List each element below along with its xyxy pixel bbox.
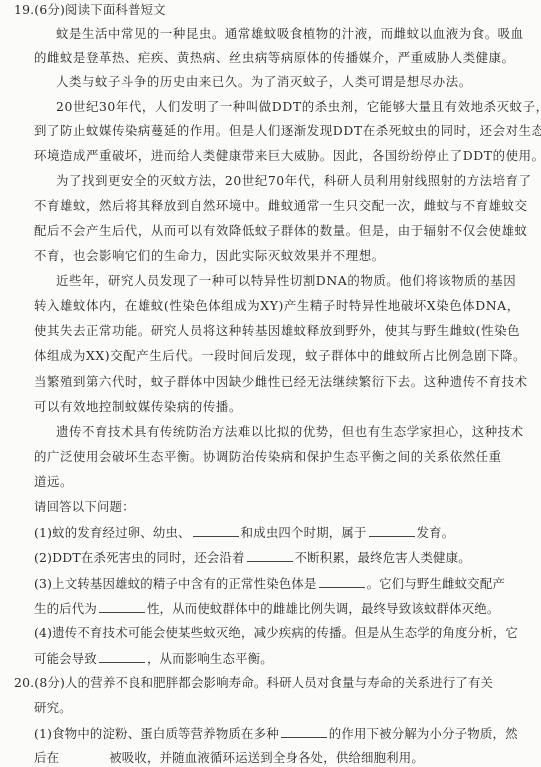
question-19-heading: 19.(6分)阅读下面科普短文 [14, 2, 166, 18]
passage-line: 近些年，研究人员发现了一种可以特异性切割DNA的物质。他们将该物质的基因 [56, 273, 516, 289]
question-20-1: (1)食物中的淀粉、蛋白质等营养物质在多种的作用下被分解为小分子物质，然 [34, 725, 518, 742]
passage-line: 蚊是生活中常见的一种昆虫。通常雄蚊吸食植物的汁液，而雌蚊以血液为食。吸血 [56, 26, 524, 42]
passage-line: 人类与蚊子斗争的历史由来已久。为了消灭蚊子，人类可谓是想尽办法。 [56, 74, 472, 90]
passage-line: 到了防止蚊媒传染病蔓延的作用。但是人们逐渐发现DDT在杀死蚊虫的同时，还会对生态 [34, 123, 541, 139]
question-19-4: (4)遗传不育技术可能会使某些蚊灭绝，减少疾病的传播。但是从生态学的角度分析，它 [34, 625, 518, 641]
answer-blank[interactable] [247, 549, 293, 562]
question-20-heading: 20.(8分)人的营养不良和肥胖都会影响寿命。科研人员对食量与寿命的关系进行了有… [14, 675, 493, 691]
question-19-2: (2)DDT在杀死害虫的同时，还会沿着不断积累，最终危害人类健康。 [34, 549, 471, 566]
passage-line: 的雌蚊是登革热、疟疾、黄热病、丝虫病等病原体的传播媒介，严重威胁人类健康。 [34, 50, 515, 66]
passage-line: 配后不会产生后代，从而可以有效降低蚊子群体的数量。但是，由于辐射不仅会使雄蚊 [34, 223, 528, 239]
passage-line: 使其失去正常功能。研究人员将这种转基因雄蚊释放到野外，使其与野生雌蚊(性染色 [34, 323, 520, 339]
passage-line: 不育，也会影响它们的生命力，因此实际灭蚊效果并不理想。 [34, 248, 385, 264]
answer-blank[interactable] [319, 575, 365, 588]
passage-line: 体组成为XX)交配产生后代。一段时间后发现，蚊子群体中的雌蚊所占比例急剧下降。 [34, 348, 526, 364]
passage-line: 不育雄蚊，然后将其释放到自然环境中。雌蚊通常一生只交配一次，雌蚊与不育雄蚊交 [34, 198, 528, 214]
passage-line: 当繁殖到第六代时，蚊子群体中因缺少雌性已经无法继续繁衍下去。这种遗传不育技术 [34, 374, 528, 390]
answer-blank[interactable] [281, 725, 327, 738]
answer-blank[interactable] [99, 650, 145, 663]
question-19-1: (1)蚊的发育经过卵、幼虫、和成虫四个时期，属于发育。 [34, 524, 454, 541]
passage-line: 道远。 [34, 474, 73, 490]
passage-line: 为了找到更安全的灭蚊方法，20世纪70年代，科研人员利用射线照射的方法培育了 [56, 173, 532, 189]
passage-line: 转入雄蚊体内，在雄蚊(性染色体组成为XY)产生精子时特异性地破坏X染色体DNA， [34, 298, 520, 314]
answer-blank[interactable] [99, 600, 145, 613]
question-20-heading-cont: 研究。 [34, 700, 72, 716]
passage-line: 环境造成严重破坏，进而给人类健康带来巨大威胁。因此，各国纷纷停止了DDT的使用。 [34, 148, 541, 164]
passage-line: 可以有效地控制蚊媒传染病的传播。 [34, 399, 242, 415]
question-19-3: (3)上文转基因雄蚊的精子中含有的正常性染色体是。它们与野生雌蚊交配产 [34, 575, 505, 592]
answer-blank[interactable] [369, 524, 415, 537]
question-19-4-cont: 可能会导致，从而影响生态平衡。 [34, 650, 273, 667]
question-19-3-cont: 生的后代为性，从而使蚊群体中的雌雄比例失调，最终导致该蚊群体灭绝。 [34, 600, 500, 617]
answer-blank[interactable] [193, 524, 239, 537]
passage-line: 的广泛使用会破坏生态平衡。协调防治传染病和保护生态平衡之间的关系依然任重 [34, 449, 502, 465]
question-20-1-cont: 后在被吸收，并随血液循环运送到全身各处，供给细胞利用。 [34, 750, 424, 766]
answer-blank[interactable] [61, 750, 107, 762]
passage-line: 遗传不育技术具有传统防治方法难以比拟的优势，但也有生态学家担心，这种技术 [56, 424, 524, 440]
passage-line: 20世纪30年代，人们发明了一种叫做DDT的杀虫剂，它能够大量且有效地杀灭蚊子，… [56, 99, 541, 115]
questions-prompt: 请回答以下问题： [34, 499, 135, 515]
